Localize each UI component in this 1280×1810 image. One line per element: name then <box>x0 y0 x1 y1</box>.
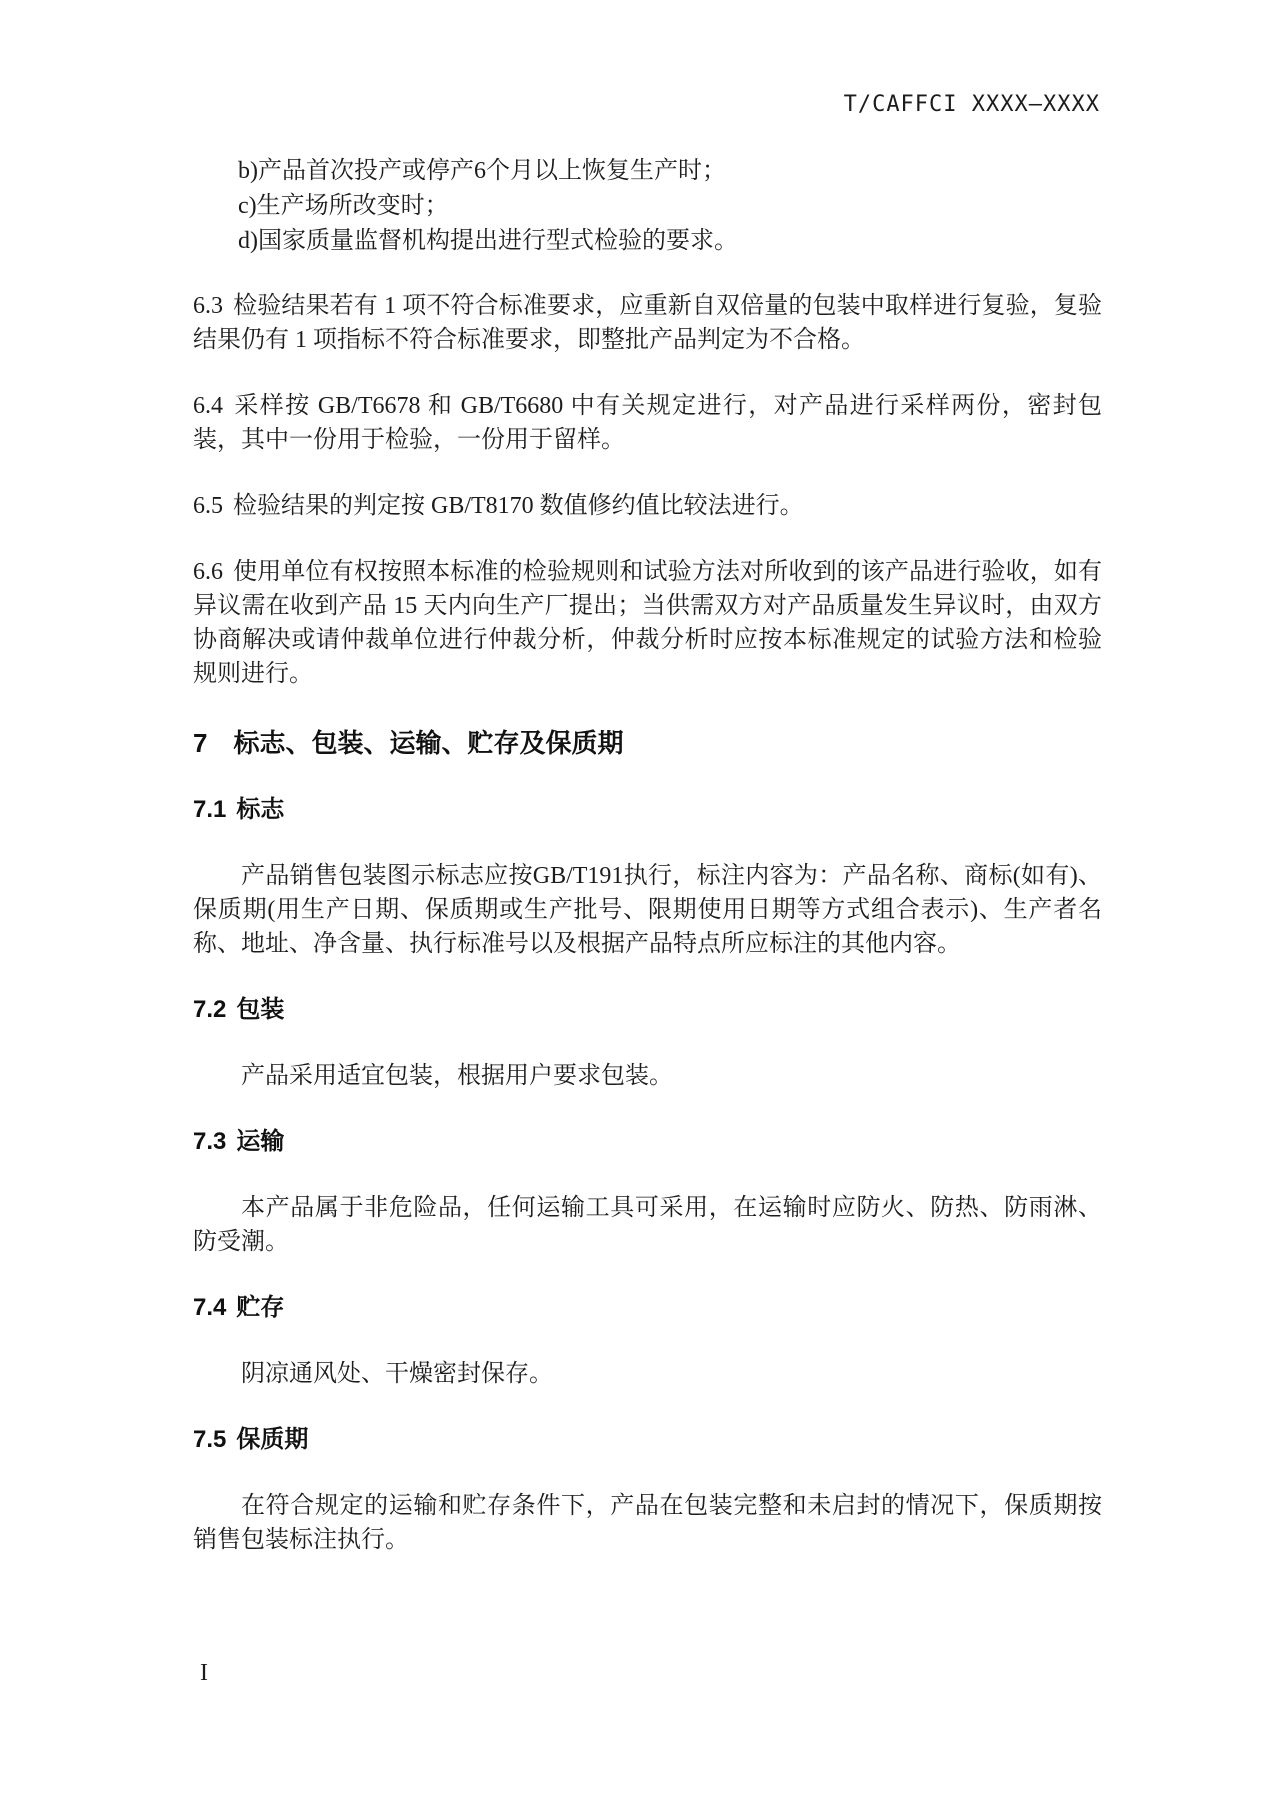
clause-number: 6.3 <box>193 293 223 319</box>
clause-text: 检验结果的判定按 GB/T8170 数值修约值比较法进行。 <box>233 493 804 519</box>
document-page: T/CAFFCI XXXX—XXXX b)产品首次投产或停产6个月以上恢复生产时… <box>0 0 1280 1810</box>
subsection-title: 保质期 <box>236 1426 308 1453</box>
clause-text: 检验结果若有 1 项不符合标准要求，应重新自双倍量的包装中取样进行复验，复验结果… <box>193 293 1102 353</box>
clause-text: 使用单位有权按照本标准的检验规则和试验方法对所收到的该产品进行验收，如有异议需在… <box>193 559 1102 687</box>
subsection-7-4-heading: 7.4贮存 <box>193 1291 1102 1325</box>
list-item-d: d)国家质量监督机构提出进行型式检验的要求。 <box>238 224 1102 259</box>
standard-number: T/CAFFCI XXXX—XXXX <box>844 92 1100 117</box>
page-header: T/CAFFCI XXXX—XXXX <box>0 0 1280 118</box>
section-title: 标志、包装、运输、贮存及保质期 <box>233 728 623 758</box>
list-item-c: c)生产场所改变时； <box>238 189 1102 224</box>
subsection-title: 包装 <box>236 996 284 1023</box>
subsection-number: 7.5 <box>193 1426 226 1453</box>
subsection-number: 7.1 <box>193 796 226 823</box>
page-number: I <box>200 1660 208 1687</box>
list-item-b: b)产品首次投产或停产6个月以上恢复生产时； <box>238 154 1102 189</box>
section-number: 7 <box>193 728 207 758</box>
clause-6-3: 6.3检验结果若有 1 项不符合标准要求，应重新自双倍量的包装中取样进行复验，复… <box>193 289 1102 357</box>
clause-number: 6.5 <box>193 493 223 519</box>
subsection-title: 标志 <box>236 796 284 823</box>
subsection-7-2-body: 产品采用适宜包装，根据用户要求包装。 <box>193 1059 1102 1093</box>
clause-number: 6.4 <box>193 393 223 419</box>
document-content: b)产品首次投产或停产6个月以上恢复生产时； c)生产场所改变时； d)国家质量… <box>0 154 1280 1557</box>
subsection-title: 运输 <box>236 1128 284 1155</box>
clause-text: 采样按 GB/T6678 和 GB/T6680 中有关规定进行，对产品进行采样两… <box>193 393 1102 453</box>
subsection-title: 贮存 <box>236 1294 284 1321</box>
subsection-number: 7.2 <box>193 996 226 1023</box>
subsection-number: 7.4 <box>193 1294 226 1321</box>
subsection-7-5-heading: 7.5保质期 <box>193 1423 1102 1457</box>
clause-6-4: 6.4采样按 GB/T6678 和 GB/T6680 中有关规定进行，对产品进行… <box>193 389 1102 457</box>
subsection-number: 7.3 <box>193 1128 226 1155</box>
clause-6-6: 6.6使用单位有权按照本标准的检验规则和试验方法对所收到的该产品进行验收，如有异… <box>193 555 1102 691</box>
type-inspection-condition-list: b)产品首次投产或停产6个月以上恢复生产时； c)生产场所改变时； d)国家质量… <box>193 154 1102 259</box>
clause-6-5: 6.5检验结果的判定按 GB/T8170 数值修约值比较法进行。 <box>193 489 1102 523</box>
clause-number: 6.6 <box>193 559 223 585</box>
subsection-7-3-heading: 7.3运输 <box>193 1125 1102 1159</box>
subsection-7-5-body: 在符合规定的运输和贮存条件下，产品在包装完整和未启封的情况下，保质期按销售包装标… <box>193 1489 1102 1557</box>
subsection-7-1-heading: 7.1标志 <box>193 793 1102 827</box>
subsection-7-3-body: 本产品属于非危险品，任何运输工具可采用，在运输时应防火、防热、防雨淋、防受潮。 <box>193 1191 1102 1259</box>
subsection-7-4-body: 阴凉通风处、干燥密封保存。 <box>193 1357 1102 1391</box>
subsection-7-1-body: 产品销售包装图示标志应按GB/T191执行，标注内容为：产品名称、商标(如有)、… <box>193 859 1102 961</box>
section-7-heading: 7标志、包装、运输、贮存及保质期 <box>193 725 1102 761</box>
subsection-7-2-heading: 7.2包装 <box>193 993 1102 1027</box>
